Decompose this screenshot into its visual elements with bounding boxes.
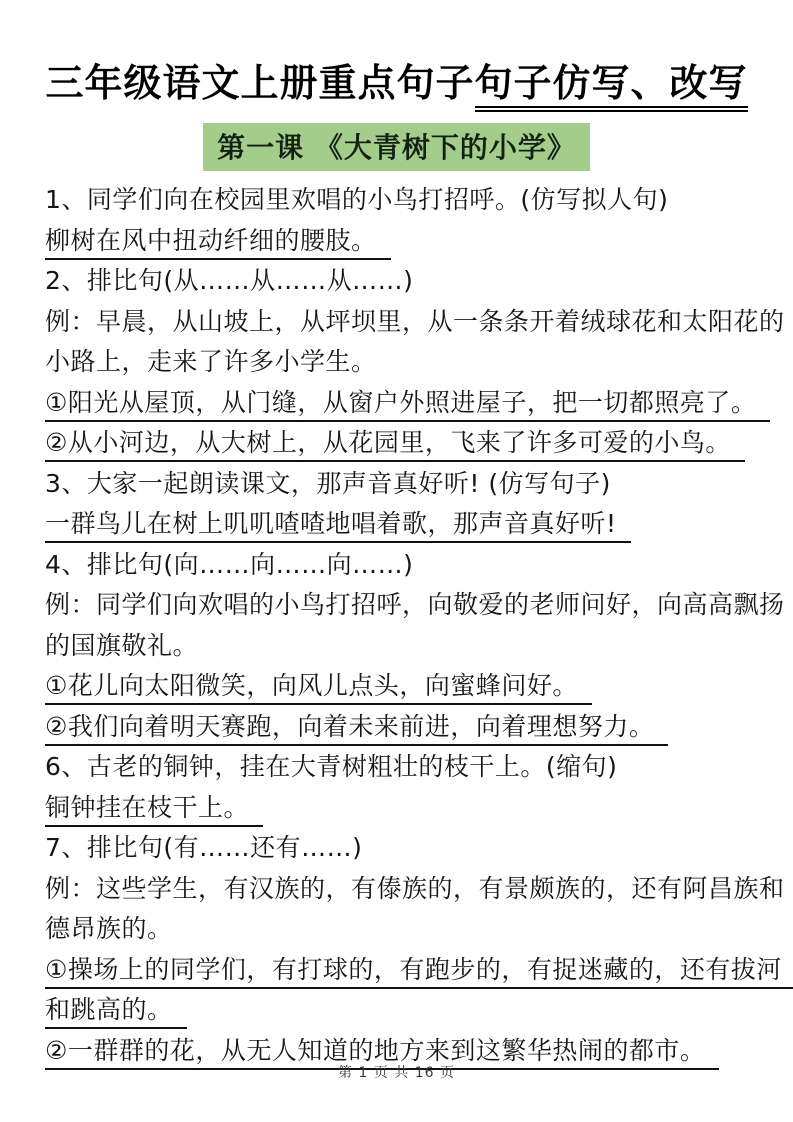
body-line: 小路上，走来了许多小学生。 [45,342,749,383]
body-line-text: 7、排比句(有……还有……) [45,833,362,862]
body-line-text: 6、古老的铜钟，挂在大青树粗壮的枝干上。(缩句) [45,752,617,781]
answer-line-text: ①花儿向太阳微笑，向风儿点头，向蜜蜂问好。 [45,671,592,705]
answer-line: 和跳高的。 [45,990,749,1031]
body-line-text: 3、大家一起朗读课文，那声音真好听! (仿写句子) [45,469,611,498]
body-line: 3、大家一起朗读课文，那声音真好听! (仿写句子) [45,464,749,505]
body-line-text: 2、排比句(从……从……从……) [45,266,413,295]
answer-line: ①操场上的同学们，有打球的，有跑步的，有捉迷藏的，还有拔河 [45,950,749,991]
body-line-text: 例：同学们向欢唱的小鸟打招呼，向敬爱的老师问好，向高高飘扬 [45,590,785,619]
document-title-underlined-part: 句子仿写、改写 [475,61,748,112]
answer-line-text: ②我们向着明天赛跑，向着未来前进，向着理想努力。 [45,712,668,746]
document-title: 三年级语文上册重点句子句子仿写、改写 [0,52,793,107]
body-line-text: 例：这些学生，有汉族的，有傣族的，有景颇族的，还有阿昌族和 [45,874,785,903]
answer-line-text: 柳树在风中扭动纤细的腰肢。 [45,226,391,260]
page-number-footer: 第 1 页 共 16 页 [0,1062,793,1082]
answer-line-text: ①操场上的同学们，有打球的，有跑步的，有捉迷藏的，还有拔河 [45,955,793,989]
document-body: 1、同学们向在校园里欢唱的小鸟打招呼。(仿写拟人句) 柳树在风中扭动纤细的腰肢。… [0,180,793,1071]
body-line: 1、同学们向在校园里欢唱的小鸟打招呼。(仿写拟人句) [45,180,749,221]
body-line-text: 4、排比句(向……向……向……) [45,550,413,579]
answer-line-text: 和跳高的。 [45,995,187,1029]
body-line-text: 小路上，走来了许多小学生。 [45,347,377,376]
answer-line-text: 铜钟挂在枝干上。 [45,793,263,827]
body-line: 例：这些学生，有汉族的，有傣族的，有景颇族的，还有阿昌族和 [45,869,749,910]
body-line: 的国旗敬礼。 [45,626,749,667]
body-line-text: 例：早晨，从山坡上，从坪坝里，从一条条开着绒球花和太阳花的 [45,307,785,336]
body-line: 例：同学们向欢唱的小鸟打招呼，向敬爱的老师问好，向高高飘扬 [45,585,749,626]
answer-line: ②我们向着明天赛跑，向着未来前进，向着理想努力。 [45,707,749,748]
document-title-plain-part: 三年级语文上册重点句子 [45,61,474,105]
body-line-text: 的国旗敬礼。 [45,631,198,660]
answer-line: 柳树在风中扭动纤细的腰肢。 [45,221,749,262]
body-line: 例：早晨，从山坡上，从坪坝里，从一条条开着绒球花和太阳花的 [45,302,749,343]
body-line: 德昂族的。 [45,909,749,950]
body-line: 6、古老的铜钟，挂在大青树粗壮的枝干上。(缩句) [45,747,749,788]
body-line: 7、排比句(有……还有……) [45,828,749,869]
answer-line: ①阳光从屋顶，从门缝，从窗户外照进屋子，把一切都照亮了。 [45,383,749,424]
body-line-text: 1、同学们向在校园里欢唱的小鸟打招呼。(仿写拟人句) [45,185,668,214]
answer-line: ②从小河边，从大树上，从花园里，飞来了许多可爱的小鸟。 [45,423,749,464]
document-page: 三年级语文上册重点句子句子仿写、改写 第一课 《大青树下的小学》 1、同学们向在… [0,0,793,1122]
answer-line: 一群鸟儿在树上叽叽喳喳地唱着歌，那声音真好听! [45,504,749,545]
answer-line-text: ②从小河边，从大树上，从花园里，飞来了许多可爱的小鸟。 [45,428,745,462]
lesson-heading: 第一课 《大青树下的小学》 [203,123,590,171]
answer-line: 铜钟挂在枝干上。 [45,788,749,829]
body-line: 4、排比句(向……向……向……) [45,545,749,586]
body-line-text: 德昂族的。 [45,914,173,943]
answer-line: ①花儿向太阳微笑，向风儿点头，向蜜蜂问好。 [45,666,749,707]
lesson-heading-wrap: 第一课 《大青树下的小学》 [0,123,793,171]
answer-line-text: 一群鸟儿在树上叽叽喳喳地唱着歌，那声音真好听! [45,509,631,543]
answer-line-text: ①阳光从屋顶，从门缝，从窗户外照进屋子，把一切都照亮了。 [45,388,770,422]
body-line: 2、排比句(从……从……从……) [45,261,749,302]
